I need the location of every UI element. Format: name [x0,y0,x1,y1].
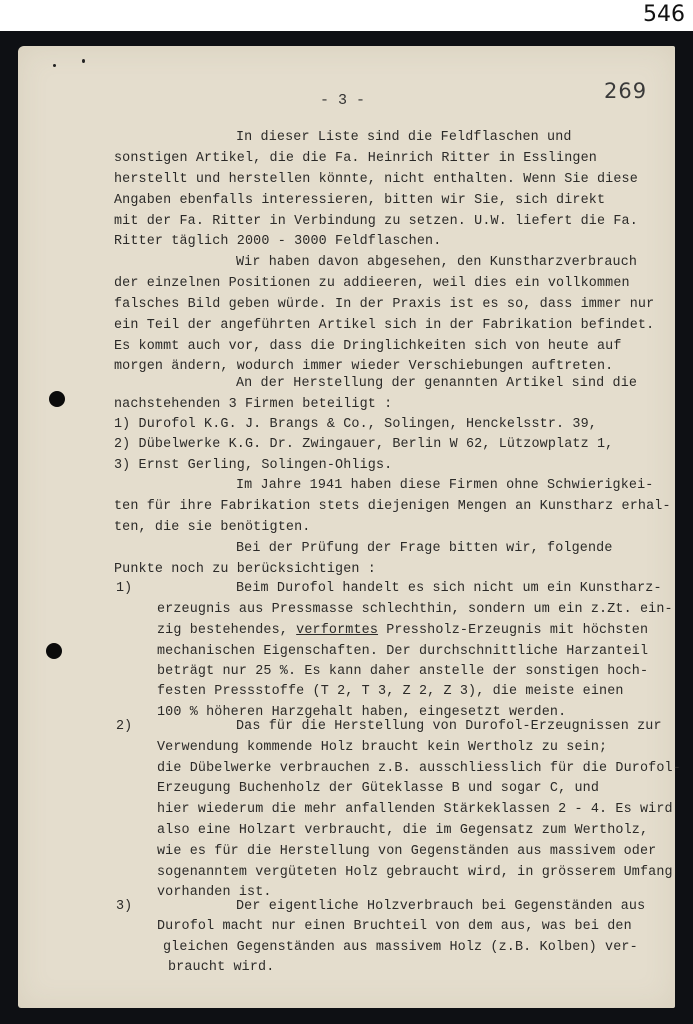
punch-hole-lower [46,643,62,659]
text-line: 2) [116,717,132,737]
text-segment: Pressholz-Erzeugnis mit höchsten [378,623,648,638]
text-line: falsches Bild geben würde. In der Praxis… [114,295,654,315]
archive-page-number: 546 [643,2,685,27]
page-marker: - 3 - [320,92,365,109]
underlined-word: verformtes [296,623,378,638]
text-line: Der eigentliche Holzverbrauch bei Gegens… [236,897,645,917]
text-segment: zig bestehendes, [157,623,296,638]
text-line: Es kommt auch vor, dass die Dringlichkei… [114,337,622,357]
paper-speck [53,64,56,67]
text-line: herstellt und herstellen könnte, nicht e… [114,170,638,190]
text-line: sonstigen Artikel, die die Fa. Heinrich … [114,149,597,169]
text-line: 1) Durofol K.G. J. Brangs & Co., Solinge… [114,415,597,435]
text-line: Das für die Herstellung von Durofol-Erze… [236,717,662,737]
text-line: wie es für die Herstellung von Gegenstän… [157,842,656,862]
text-line: Angaben ebenfalls interessieren, bitten … [114,191,605,211]
punch-hole-upper [49,391,65,407]
text-line: erzeugnis aus Pressmasse schlechthin, so… [157,600,673,620]
text-line: mit der Fa. Ritter in Verbindung zu setz… [114,212,638,232]
text-line: festen Pressstoffe (T 2, T 3, Z 2, Z 3),… [157,682,624,702]
text-line: nachstehenden 3 Firmen beteiligt : [114,395,392,415]
text-line: An der Herstellung der genannten Artikel… [236,374,637,394]
stamp-number: 269 [604,79,647,103]
text-line: Wir haben davon abgesehen, den Kunstharz… [236,253,637,273]
text-line: gleichen Gegenständen aus massivem Holz … [163,938,638,958]
text-line: beträgt nur 25 %. Es kann daher anstelle… [157,662,648,682]
text-line: 3) Ernst Gerling, Solingen-Ohligs. [114,456,392,476]
text-line: In dieser Liste sind die Feldflaschen un… [236,128,572,148]
text-line: Beim Durofol handelt es sich nicht um ei… [236,579,662,599]
paper-speck [82,59,85,63]
text-line: sogenanntem vergüteten Holz gebraucht wi… [157,863,673,883]
text-line: die Dübelwerke verbrauchen z.B. ausschli… [157,759,681,779]
text-line: 3) [116,897,132,917]
text-line: 2) Dübelwerke K.G. Dr. Zwingauer, Berlin… [114,435,613,455]
text-line: ein Teil der angeführten Artikel sich in… [114,316,654,336]
text-line: braucht wird. [168,958,274,978]
text-line: Verwendung kommende Holz braucht kein We… [157,738,607,758]
text-line: hier wiederum die mehr anfallenden Stärk… [157,800,673,820]
text-line: Durofol macht nur einen Bruchteil von de… [157,917,632,937]
text-line: ten für ihre Fabrikation stets diejenige… [114,497,671,517]
text-line: Bei der Prüfung der Frage bitten wir, fo… [236,539,613,559]
text-line: 1) [116,579,132,599]
text-line: Ritter täglich 2000 - 3000 Feldflaschen. [114,232,441,252]
text-line: Im Jahre 1941 haben diese Firmen ohne Sc… [236,476,653,496]
text-line: der einzelnen Positionen zu addieeren, w… [114,274,630,294]
text-line: also eine Holzart verbraucht, die im Geg… [157,821,648,841]
text-line: zig bestehendes, verformtes Pressholz-Er… [157,621,648,641]
text-line: Erzeugung Buchenholz der Güteklasse B un… [157,779,599,799]
text-line: mechanischen Eigenschaften. Der durchsch… [157,642,648,662]
text-line: ten, die sie benötigten. [114,518,310,538]
text-line: Punkte noch zu berücksichtigen : [114,560,376,580]
